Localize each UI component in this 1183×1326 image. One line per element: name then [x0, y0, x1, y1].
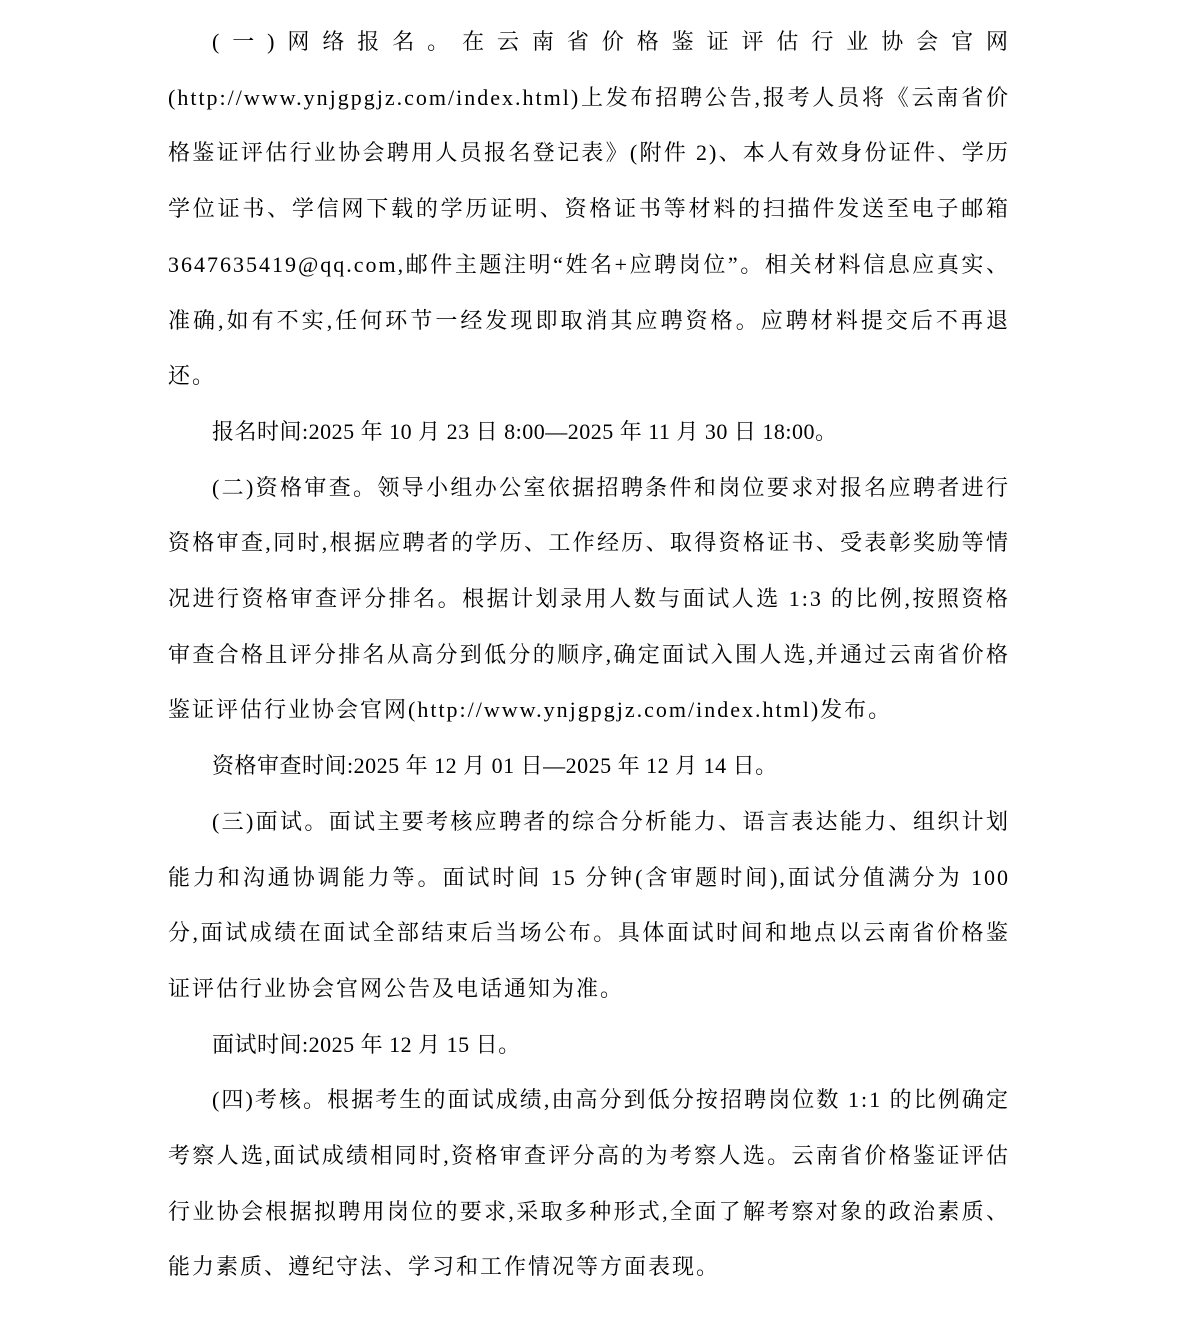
paragraph-qualification-review: (二)资格审查。领导小组办公室依据招聘条件和岗位要求对报名应聘者进行资格审查,同… [168, 460, 1010, 739]
paragraph-review-time: 资格审查时间:2025 年 12 月 01 日—2025 年 12 月 14 日… [168, 738, 1010, 794]
paragraph-registration-time: 报名时间:2025 年 10 月 23 日 8:00—2025 年 11 月 3… [168, 404, 1010, 460]
document-text-area: (一)网络报名。在云南省价格鉴证评估行业协会官网(http://www.ynjg… [168, 14, 1010, 1295]
paragraph-assessment: (四)考核。根据考生的面试成绩,由高分到低分按招聘岗位数 1:1 的比例确定考察… [168, 1072, 1010, 1295]
document-page: (一)网络报名。在云南省价格鉴证评估行业协会官网(http://www.ynjg… [0, 0, 1183, 1326]
paragraph-interview: (三)面试。面试主要考核应聘者的综合分析能力、语言表达能力、组织计划能力和沟通协… [168, 794, 1010, 1017]
paragraph-interview-time: 面试时间:2025 年 12 月 15 日。 [168, 1017, 1010, 1073]
paragraph-network-registration: (一)网络报名。在云南省价格鉴证评估行业协会官网(http://www.ynjg… [168, 14, 1010, 404]
